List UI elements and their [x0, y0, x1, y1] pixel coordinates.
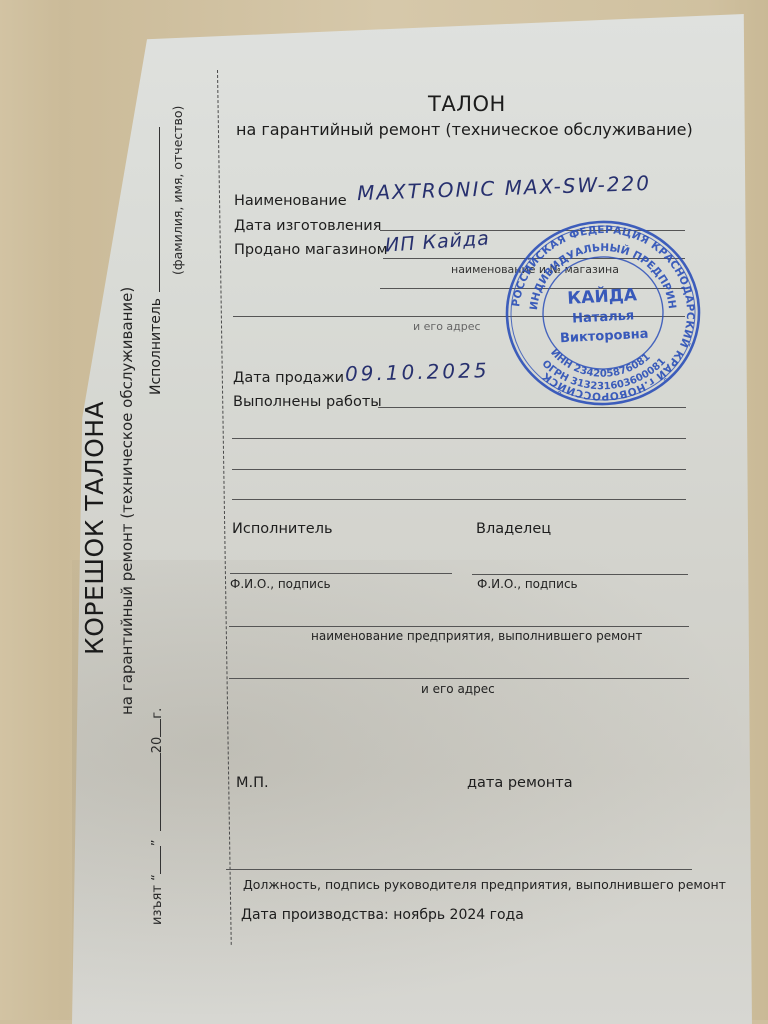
stamp-first-name: Наталья	[572, 308, 635, 326]
production-date: Дата производства: ноябрь 2024 года	[241, 907, 524, 923]
owner-label: Владелец	[476, 521, 551, 537]
sold-by-label: Продано магазином	[234, 242, 388, 258]
sold-by-value[interactable]: ИП Кайда	[384, 227, 490, 256]
repair-company-line[interactable]	[229, 626, 689, 627]
owner-signature-hint: Ф.И.О., подпись	[477, 577, 578, 591]
store-address-hint: и его адрес	[413, 320, 481, 333]
seal-place-label: М.П.	[236, 775, 269, 791]
owner-signature-line[interactable]	[472, 574, 688, 575]
repair-company-address-hint: и его адрес	[421, 682, 495, 696]
coupon-title: ТАЛОН	[428, 92, 506, 116]
executor-signature-line[interactable]	[230, 573, 452, 574]
head-signature-hint: Должность, подпись руководителя предприя…	[243, 877, 726, 892]
works-performed-label: Выполнены работы	[233, 394, 382, 410]
executor-signature-hint: Ф.И.О., подпись	[230, 577, 331, 591]
company-seal-stamp: РОССИЙСКАЯ ФЕДЕРАЦИЯ КРАСНОДАРСКИЙ КРАЙ …	[498, 213, 708, 413]
coupon-main: ТАЛОН на гарантийный ремонт (техническое…	[0, 0, 768, 1020]
works-line-2[interactable]	[232, 438, 686, 439]
works-line-4[interactable]	[232, 499, 686, 500]
head-signature-line[interactable]	[226, 869, 692, 870]
product-name-value[interactable]: MAXTRONIC MAX-SW-220	[357, 171, 652, 205]
coupon-subtitle: на гарантийный ремонт (техническое обслу…	[236, 120, 693, 139]
stamp-surname: КАЙДА	[567, 283, 638, 309]
repair-company-address-line[interactable]	[229, 678, 689, 679]
works-line-3[interactable]	[232, 469, 686, 470]
product-name-label: Наименование	[234, 193, 347, 209]
repair-date-label: дата ремонта	[467, 775, 573, 791]
stamp-patronymic: Викторовна	[560, 327, 649, 347]
repair-company-hint: наименование предприятия, выполнившего р…	[311, 629, 642, 643]
sale-date-label: Дата продажи	[233, 370, 344, 386]
executor-label: Исполнитель	[232, 521, 333, 537]
manufacture-date-label: Дата изготовления	[234, 218, 381, 234]
sale-date-value[interactable]: 09.10.2025	[345, 358, 490, 386]
